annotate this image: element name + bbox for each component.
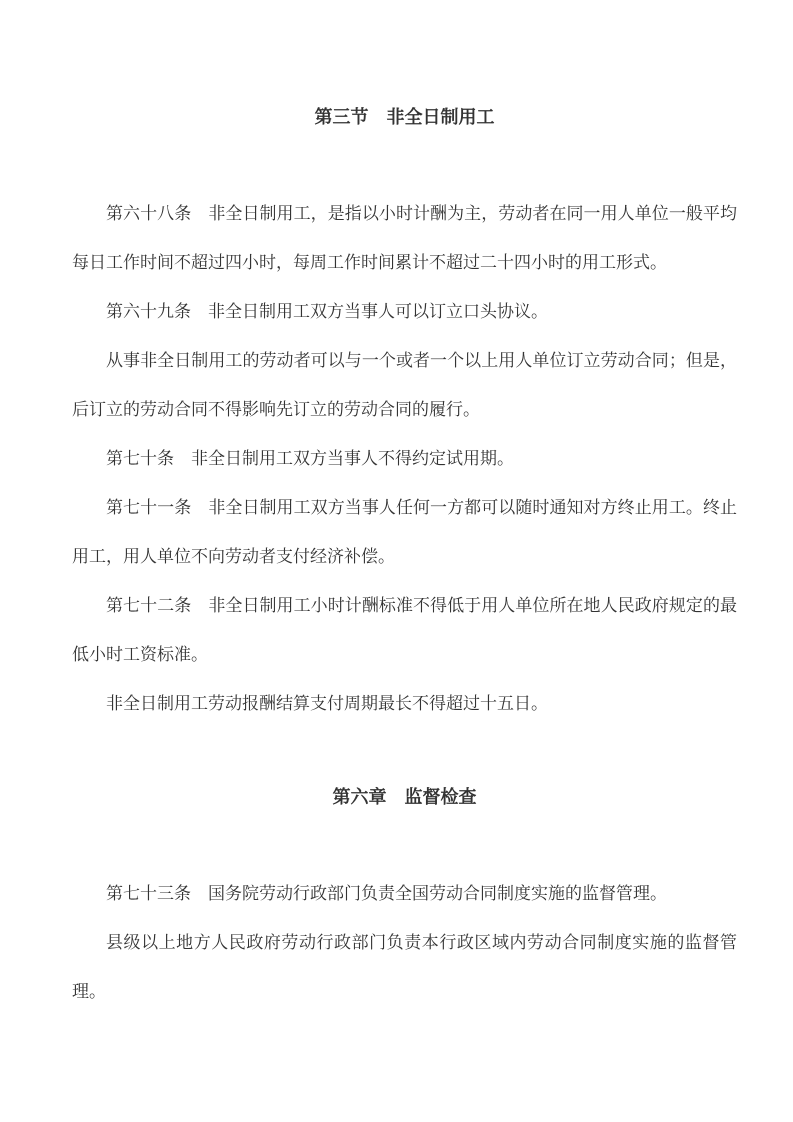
section-heading: 第三节 非全日制用工 (72, 93, 737, 141)
document-page: 第三节 非全日制用工 第六十八条 非全日制用工，是指以小时计酬为主，劳动者在同一… (0, 0, 793, 1122)
law-paragraph-article-72-continued: 非全日制用工劳动报酬结算支付周期最长不得超过十五日。 (72, 679, 737, 728)
document-content: 第三节 非全日制用工 第六十八条 非全日制用工，是指以小时计酬为主，劳动者在同一… (0, 0, 793, 1016)
law-paragraph-article-69: 第六十九条 非全日制用工双方当事人可以订立口头协议。 (72, 287, 737, 336)
law-paragraph-article-73-continued: 县级以上地方人民政府劳动行政部门负责本行政区域内劳动合同制度实施的监督管理。 (72, 918, 737, 1016)
law-paragraph-article-69-continued: 从事非全日制用工的劳动者可以与一个或者一个以上用人单位订立劳动合同；但是，后订立… (72, 336, 737, 434)
law-paragraph-article-70: 第七十条 非全日制用工双方当事人不得约定试用期。 (72, 434, 737, 483)
chapter-heading: 第六章 监督检查 (72, 773, 737, 821)
law-paragraph-article-71: 第七十一条 非全日制用工双方当事人任何一方都可以随时通知对方终止用工。终止用工，… (72, 483, 737, 581)
law-paragraph-article-73: 第七十三条 国务院劳动行政部门负责全国劳动合同制度实施的监督管理。 (72, 869, 737, 918)
law-paragraph-article-72: 第七十二条 非全日制用工小时计酬标准不得低于用人单位所在地人民政府规定的最低小时… (72, 581, 737, 679)
law-paragraph-article-68: 第六十八条 非全日制用工，是指以小时计酬为主，劳动者在同一用人单位一般平均每日工… (72, 189, 737, 287)
